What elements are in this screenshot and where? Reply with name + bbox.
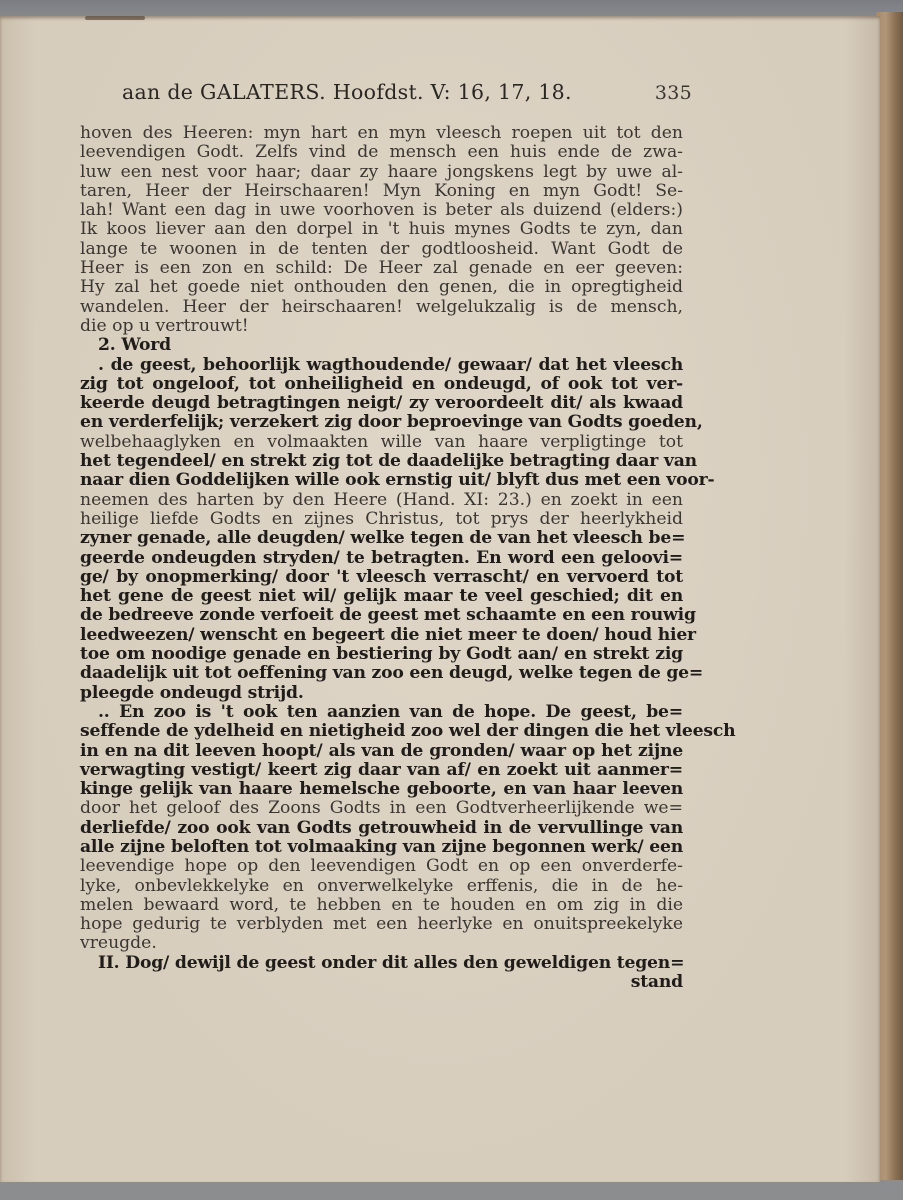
text-line: hope gedurig te verblyden met een heerly… xyxy=(80,915,683,934)
text-line: leevendige hope op den leevendigen Godt … xyxy=(80,857,683,876)
text-line: leevendigen Godt. Zelfs vind de mensch e… xyxy=(80,143,683,162)
text-line: taren, Heer der Heirschaaren! Myn Koning… xyxy=(80,182,683,201)
text-line: derliefde/ zoo ook van Godts getrouwheid… xyxy=(80,819,683,838)
text-line: het gene de geest niet wil/ gelijk maar … xyxy=(80,587,683,606)
text-line: geerde ondeugden stryden/ te betragten. … xyxy=(80,549,683,568)
text-line: lyke, onbevlekkelyke en onverwelkelyke e… xyxy=(80,877,683,896)
text-line: in en na dit leeven hoopt/ als van de gr… xyxy=(80,742,683,761)
text-line: pleegde ondeugd strijd. xyxy=(80,684,683,703)
text-line: welbehaaglyken en volmaakten wille van h… xyxy=(80,433,683,452)
text-line: . de geest, behoorlijk wagthoudende/ gew… xyxy=(80,356,683,375)
text-line: de bedreeve zonde verfoeit de geest met … xyxy=(80,606,683,625)
text-line: zig tot ongeloof, tot onheiligheid en on… xyxy=(80,375,683,394)
background-bottom xyxy=(0,1180,903,1200)
book-fore-edge xyxy=(876,12,903,1184)
text-line: luw een nest voor haar; daar zy haare jo… xyxy=(80,163,683,182)
text-line: zyner genade, alle deugden/ welke tegen … xyxy=(80,529,683,548)
page-number: 335 xyxy=(655,82,692,104)
text-line: alle zijne beloften tot volmaaking van z… xyxy=(80,838,683,857)
text-line: naar dien Goddelijken wille ook ernstig … xyxy=(80,471,683,490)
text-line: daadelijk uit tot oeffening van zoo een … xyxy=(80,664,683,683)
section-heading: 2. Word xyxy=(80,336,683,355)
body-text: hoven des Heeren: myn hart en myn vleesc… xyxy=(80,124,683,992)
text-line: .. En zoo is 't ook ten aanzien van de h… xyxy=(80,703,683,722)
text-line: neemen des harten by den Heere (Hand. XI… xyxy=(80,491,683,510)
text-line: kinge gelijk van haare hemelsche geboort… xyxy=(80,780,683,799)
text-line: Ik koos liever aan den dorpel in 't huis… xyxy=(80,220,683,239)
text-line: door het geloof des Zoons Godts in een G… xyxy=(80,799,683,818)
text-line: het tegendeel/ en strekt zig tot de daad… xyxy=(80,452,683,471)
text-line: melen bewaard word, te hebben en te houd… xyxy=(80,896,683,915)
chapter-reference: Hoofdst. V: 16, 17, 18. xyxy=(333,80,572,104)
catchword: stand xyxy=(80,973,683,992)
text-line: II. Dog/ dewijl de geest onder dit alles… xyxy=(80,954,683,973)
text-line: ge/ by onopmerking/ door 't vleesch verr… xyxy=(80,568,683,587)
running-head: aan de GALATERS. Hoofdst. V: 16, 17, 18.… xyxy=(122,80,692,104)
text-line: wandelen. Heer der heirschaaren! welgelu… xyxy=(80,298,683,317)
running-title-pre: aan de xyxy=(122,80,193,104)
text-line: Heer is een zon en schild: De Heer zal g… xyxy=(80,259,683,278)
text-line: leedweezen/ wenscht en begeert die niet … xyxy=(80,626,683,645)
text-line: keerde deugd betragtingen neigt/ zy vero… xyxy=(80,394,683,413)
text-line: en verderfelijk; verzekert zig door bepr… xyxy=(80,413,683,432)
text-line: hoven des Heeren: myn hart en myn vleesc… xyxy=(80,124,683,143)
text-line: Hy zal het goede niet onthouden den gene… xyxy=(80,278,683,297)
text-line: vreugde. xyxy=(80,934,683,953)
running-title-caps: GALATERS. xyxy=(200,80,326,104)
text-line: lah! Want een dag in uwe voorhoven is be… xyxy=(80,201,683,220)
page-stain xyxy=(85,16,145,20)
text-line: seffende de ydelheid en nietigheid zoo w… xyxy=(80,722,683,741)
text-line: die op u vertrouwt! xyxy=(80,317,683,336)
text-line: lange te woonen in de tenten der godtloo… xyxy=(80,240,683,259)
running-title: aan de GALATERS. Hoofdst. V: 16, 17, 18. xyxy=(122,80,572,104)
text-line: verwagting vestigt/ keert zig daar van a… xyxy=(80,761,683,780)
text-line: heilige liefde Godts en zijnes Christus,… xyxy=(80,510,683,529)
text-line: toe om noodige genade en bestiering by G… xyxy=(80,645,683,664)
